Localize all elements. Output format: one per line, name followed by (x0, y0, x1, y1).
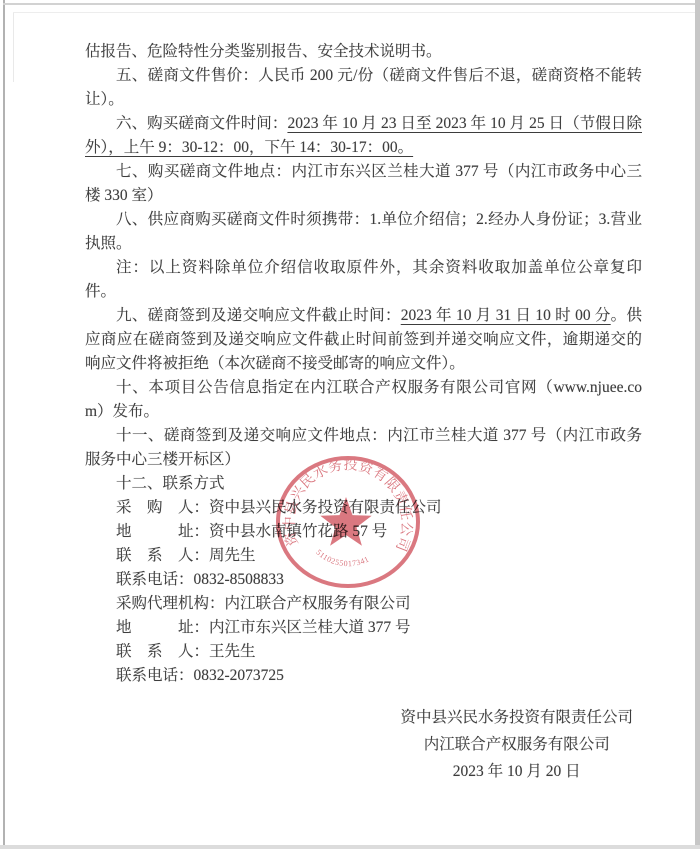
text-segment: 八、供应商购买磋商文件时须携带：1.单位介绍信；2.经办人身份证；3.营业执照。 (85, 211, 642, 252)
signature-block: 资中县兴民水务投资有限责任公司 内江联合产权服务有限公司 2023 年 10 月… (400, 704, 633, 785)
text-segment: 七、购买磋商文件地点：内江市东兴区兰桂大道 377 号（内江市政务中心三楼 33… (85, 163, 642, 204)
scanned-document-page: 估报告、危险特性分类鉴别报告、安全技术说明书。五、磋商文件售价：人民币 200 … (0, 0, 700, 849)
page-edge-top-faint (13, 12, 700, 13)
paragraph: 联 系 人：王先生 (85, 640, 642, 664)
document-body: 估报告、危险特性分类鉴别报告、安全技术说明书。五、磋商文件售价：人民币 200 … (85, 40, 642, 785)
page-edge-left-faint (13, 12, 14, 82)
paragraph: 七、购买磋商文件地点：内江市东兴区兰桂大道 377 号（内江市政务中心三楼 33… (85, 160, 642, 208)
page-edge-top (3, 3, 700, 5)
seal-star-icon (320, 497, 371, 546)
text-segment: 注：以上资料除单位介绍信收取原件外，其余资料收取加盖单位公章复印件。 (85, 259, 642, 300)
seal-number-text: 5110255017341 (314, 548, 370, 568)
paragraph: 联系电话：0832-2073725 (85, 664, 642, 688)
text-segment: 十、本项目公告信息指定在内江联合产权服务有限公司官网（www.njuee.com… (85, 379, 642, 420)
paragraph: 估报告、危险特性分类鉴别报告、安全技术说明书。 (85, 40, 642, 64)
text-segment: 联系电话：0832-8508833 (116, 571, 284, 588)
paragraph: 八、供应商购买磋商文件时须携带：1.单位介绍信；2.经办人身份证；3.营业执照。 (85, 208, 642, 256)
text-segment: 十二、联系方式 (116, 475, 225, 492)
paragraph: 注：以上资料除单位介绍信收取原件外，其余资料收取加盖单位公章复印件。 (85, 256, 642, 304)
signature-date: 2023 年 10 月 20 日 (400, 758, 633, 785)
page-edge-left (3, 0, 5, 849)
paragraph: 六、购买磋商文件时间：2023 年 10 月 23 日至 2023 年 10 月… (85, 112, 642, 160)
company-seal-stamp: 资中县兴民水务投资有限责任公司 5110255017341 (268, 450, 428, 600)
signature-purchaser: 资中县兴民水务投资有限责任公司 (400, 704, 633, 731)
paragraph: 五、磋商文件售价：人民币 200 元/份（磋商文件售后不退，磋商资格不能转让）。 (85, 64, 642, 112)
text-segment: 五、磋商文件售价：人民币 200 元/份（磋商文件售后不退，磋商资格不能转让）。 (85, 67, 642, 108)
text-segment: 六、购买磋商文件时间： (116, 115, 287, 132)
page-edge-right (695, 0, 700, 849)
text-segment: 联系电话：0832-2073725 (116, 667, 284, 684)
page-edge-bottom (0, 845, 700, 849)
text-segment: 联 系 人：周先生 (116, 547, 256, 564)
underlined-text: 2023 年 10 月 31 日 10 时 00 分 (401, 307, 611, 324)
text-segment: 估报告、危险特性分类鉴别报告、安全技术说明书。 (85, 43, 442, 60)
paragraph: 地 址：内江市东兴区兰桂大道 377 号 (85, 616, 642, 640)
text-segment: 地 址：内江市东兴区兰桂大道 377 号 (116, 619, 411, 636)
paragraph: 十、本项目公告信息指定在内江联合产权服务有限公司官网（www.njuee.com… (85, 376, 642, 424)
text-segment: 九、磋商签到及递交响应文件截止时间： (116, 307, 401, 324)
signature-agency: 内江联合产权服务有限公司 (400, 731, 633, 758)
text-segment: 联 系 人：王先生 (116, 643, 256, 660)
paragraph: 九、磋商签到及递交响应文件截止时间：2023 年 10 月 31 日 10 时 … (85, 304, 642, 376)
